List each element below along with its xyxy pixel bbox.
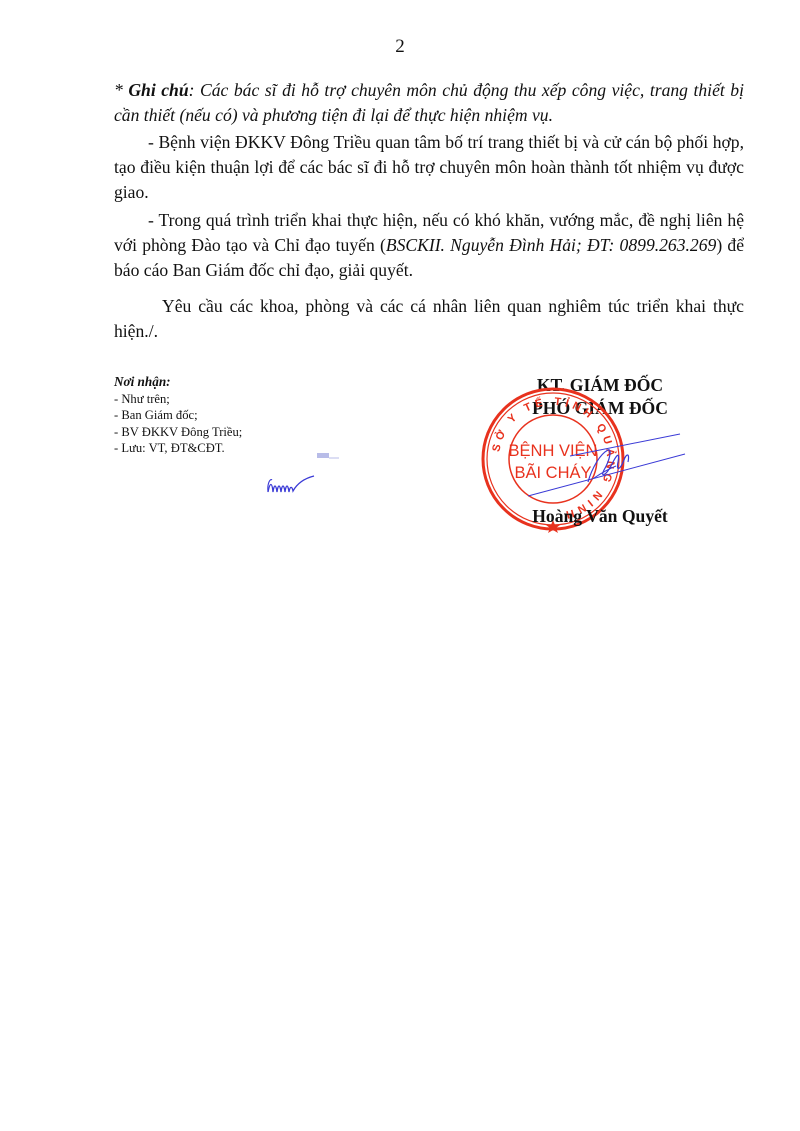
signer-name: Hoàng Văn Quyết bbox=[500, 506, 700, 527]
signature-title-line2: PHÓ GIÁM ĐỐC bbox=[500, 397, 700, 420]
note-prefix: * bbox=[114, 80, 128, 100]
note-text: : Các bác sĩ đi hỗ trợ chuyên môn chủ độ… bbox=[114, 80, 744, 125]
note-label: Ghi chú bbox=[128, 80, 188, 100]
recipient-item: - Lưu: VT, ĐT&CĐT. bbox=[114, 440, 242, 457]
svg-text:BÃI CHÁY: BÃI CHÁY bbox=[514, 462, 591, 482]
note-paragraph: * Ghi chú: Các bác sĩ đi hỗ trợ chuyên m… bbox=[114, 78, 744, 128]
contact-person: BSCKII. Nguyễn Đình Hải; ĐT: 0899.263.26… bbox=[386, 235, 717, 255]
recipient-item: - Ban Giám đốc; bbox=[114, 407, 242, 424]
page-number: 2 bbox=[0, 36, 800, 58]
initials-signature-icon bbox=[262, 470, 322, 500]
paragraph-contact: - Trong quá trình triển khai thực hiện, … bbox=[114, 208, 744, 283]
director-signature-icon bbox=[520, 420, 690, 500]
recipients-block: Nơi nhận: - Như trên; - Ban Giám đốc; - … bbox=[114, 374, 242, 457]
paragraph-coordination: - Bệnh viện ĐKKV Đông Triều quan tâm bố … bbox=[114, 130, 744, 205]
recipient-item: - BV ĐKKV Đông Triều; bbox=[114, 424, 242, 441]
recipient-item: - Như trên; bbox=[114, 391, 242, 408]
svg-text:BỆNH VIỆN: BỆNH VIỆN bbox=[509, 441, 598, 460]
signature-title-block: KT. GIÁM ĐỐC PHÓ GIÁM ĐỐC bbox=[500, 374, 700, 420]
paragraph-request: Yêu cầu các khoa, phòng và các cá nhân l… bbox=[114, 294, 744, 344]
small-mark-icon bbox=[316, 452, 340, 460]
signature-title-line1: KT. GIÁM ĐỐC bbox=[500, 374, 700, 397]
recipients-title: Nơi nhận: bbox=[114, 374, 242, 391]
